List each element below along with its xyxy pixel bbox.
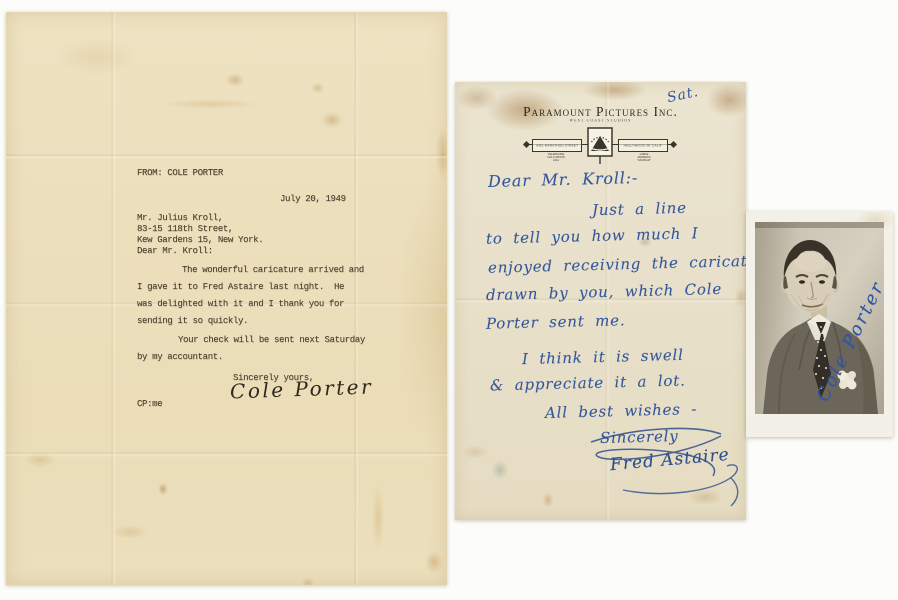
typist-initials: CP:me (137, 399, 162, 409)
handwriting-line: to tell you how much I (486, 224, 699, 248)
handwriting-line: Porter sent me. (486, 311, 626, 333)
recipient-city-line: Kew Gardens 15, New York. (137, 235, 263, 245)
letterhead-division: West Coast Studios (510, 119, 690, 123)
letterhead-banner: 5451 Marathon Street Hollywood 38, Calif… (532, 128, 668, 166)
typed-body-line: by my accountant. (137, 352, 223, 362)
handwriting-line: All best wishes - (545, 400, 698, 422)
handwriting-line: & appreciate it a lot. (490, 371, 686, 394)
handwriting-line: drawn by you, which Cole (486, 280, 722, 304)
letterhead-address-right: Hollywood 38, Calif. (618, 139, 668, 152)
paramount-mountain-logo (587, 127, 613, 165)
address-left-text: 5451 Marathon Street (536, 144, 578, 147)
handwriting-line: Just a line (592, 199, 687, 219)
recipient-street-line: 83-15 118th Street, (137, 224, 233, 234)
typed-body-line: was delighted with it and I thank you fo… (137, 299, 344, 309)
typed-body-line: I gave it to Fred Astaire last night. He (137, 282, 344, 292)
letterhead-cable: Cable Address "Famfilm" (633, 153, 655, 163)
letterhead-telephone: Telephone Hollywood 2411 (545, 153, 567, 163)
typed-letter-paper: FROM: COLE PORTER July 20, 1949 Mr. Juli… (6, 12, 447, 585)
recipient-name-line: Mr. Julius Kroll, (137, 213, 223, 223)
typed-letter-salutation: Dear Mr. Kroll: (137, 246, 213, 256)
cole-porter-signature: Cole Porter (230, 375, 374, 404)
typed-body-line: The wonderful caricature arrived and (182, 265, 364, 275)
handwriting-line: I think it is swell (522, 346, 684, 368)
banner-ornament (670, 141, 677, 148)
paramount-letter-paper: Sat. Paramount Pictures Inc. West Coast … (455, 82, 746, 520)
handwriting-line: enjoyed receiving the caricature (488, 251, 776, 277)
banner-ornament (523, 141, 530, 148)
scanned-documents-canvas: FROM: COLE PORTER July 20, 1949 Mr. Juli… (0, 0, 898, 600)
typed-letter-from-line: FROM: COLE PORTER (137, 168, 223, 178)
handwriting-line: Dear Mr. Kroll:- (488, 168, 639, 191)
typed-body-line: sending it so quickly. (137, 316, 248, 326)
photo-card: Cole Porter (746, 212, 893, 437)
letterhead-address-left: 5451 Marathon Street (532, 139, 582, 152)
typed-letter-date: July 20, 1949 (280, 194, 346, 204)
typed-body-line: Your check will be sent next Saturday (178, 335, 365, 345)
handwritten-date-note: Sat. (666, 84, 701, 106)
letterhead-company: Paramount Pictures Inc. (455, 104, 746, 120)
address-right-text: Hollywood 38, Calif. (623, 144, 662, 147)
